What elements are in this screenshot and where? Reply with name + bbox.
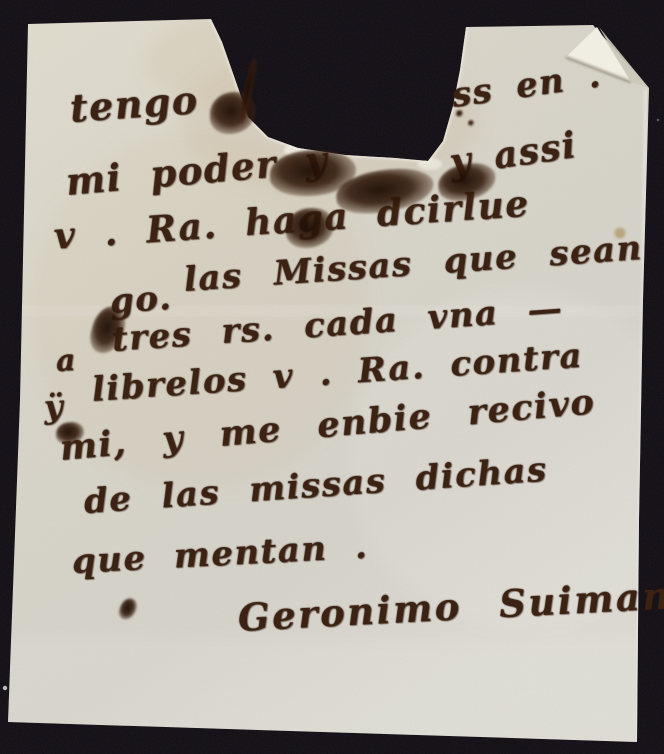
handwriting-layer: tengo ss en . mi poder y y assi v . Ra. … xyxy=(0,0,664,754)
signature: Geronimo Suiman xyxy=(237,573,664,640)
manuscript-line: ss en . xyxy=(449,55,604,116)
manuscript-line: que mentan . xyxy=(71,527,369,582)
manuscript-photograph: tengo ss en . mi poder y y assi v . Ra. … xyxy=(0,0,664,754)
manuscript-line-margin: ÿ xyxy=(43,387,65,426)
manuscript-line: tengo xyxy=(68,77,200,131)
manuscript-line-margin: a xyxy=(55,343,78,379)
